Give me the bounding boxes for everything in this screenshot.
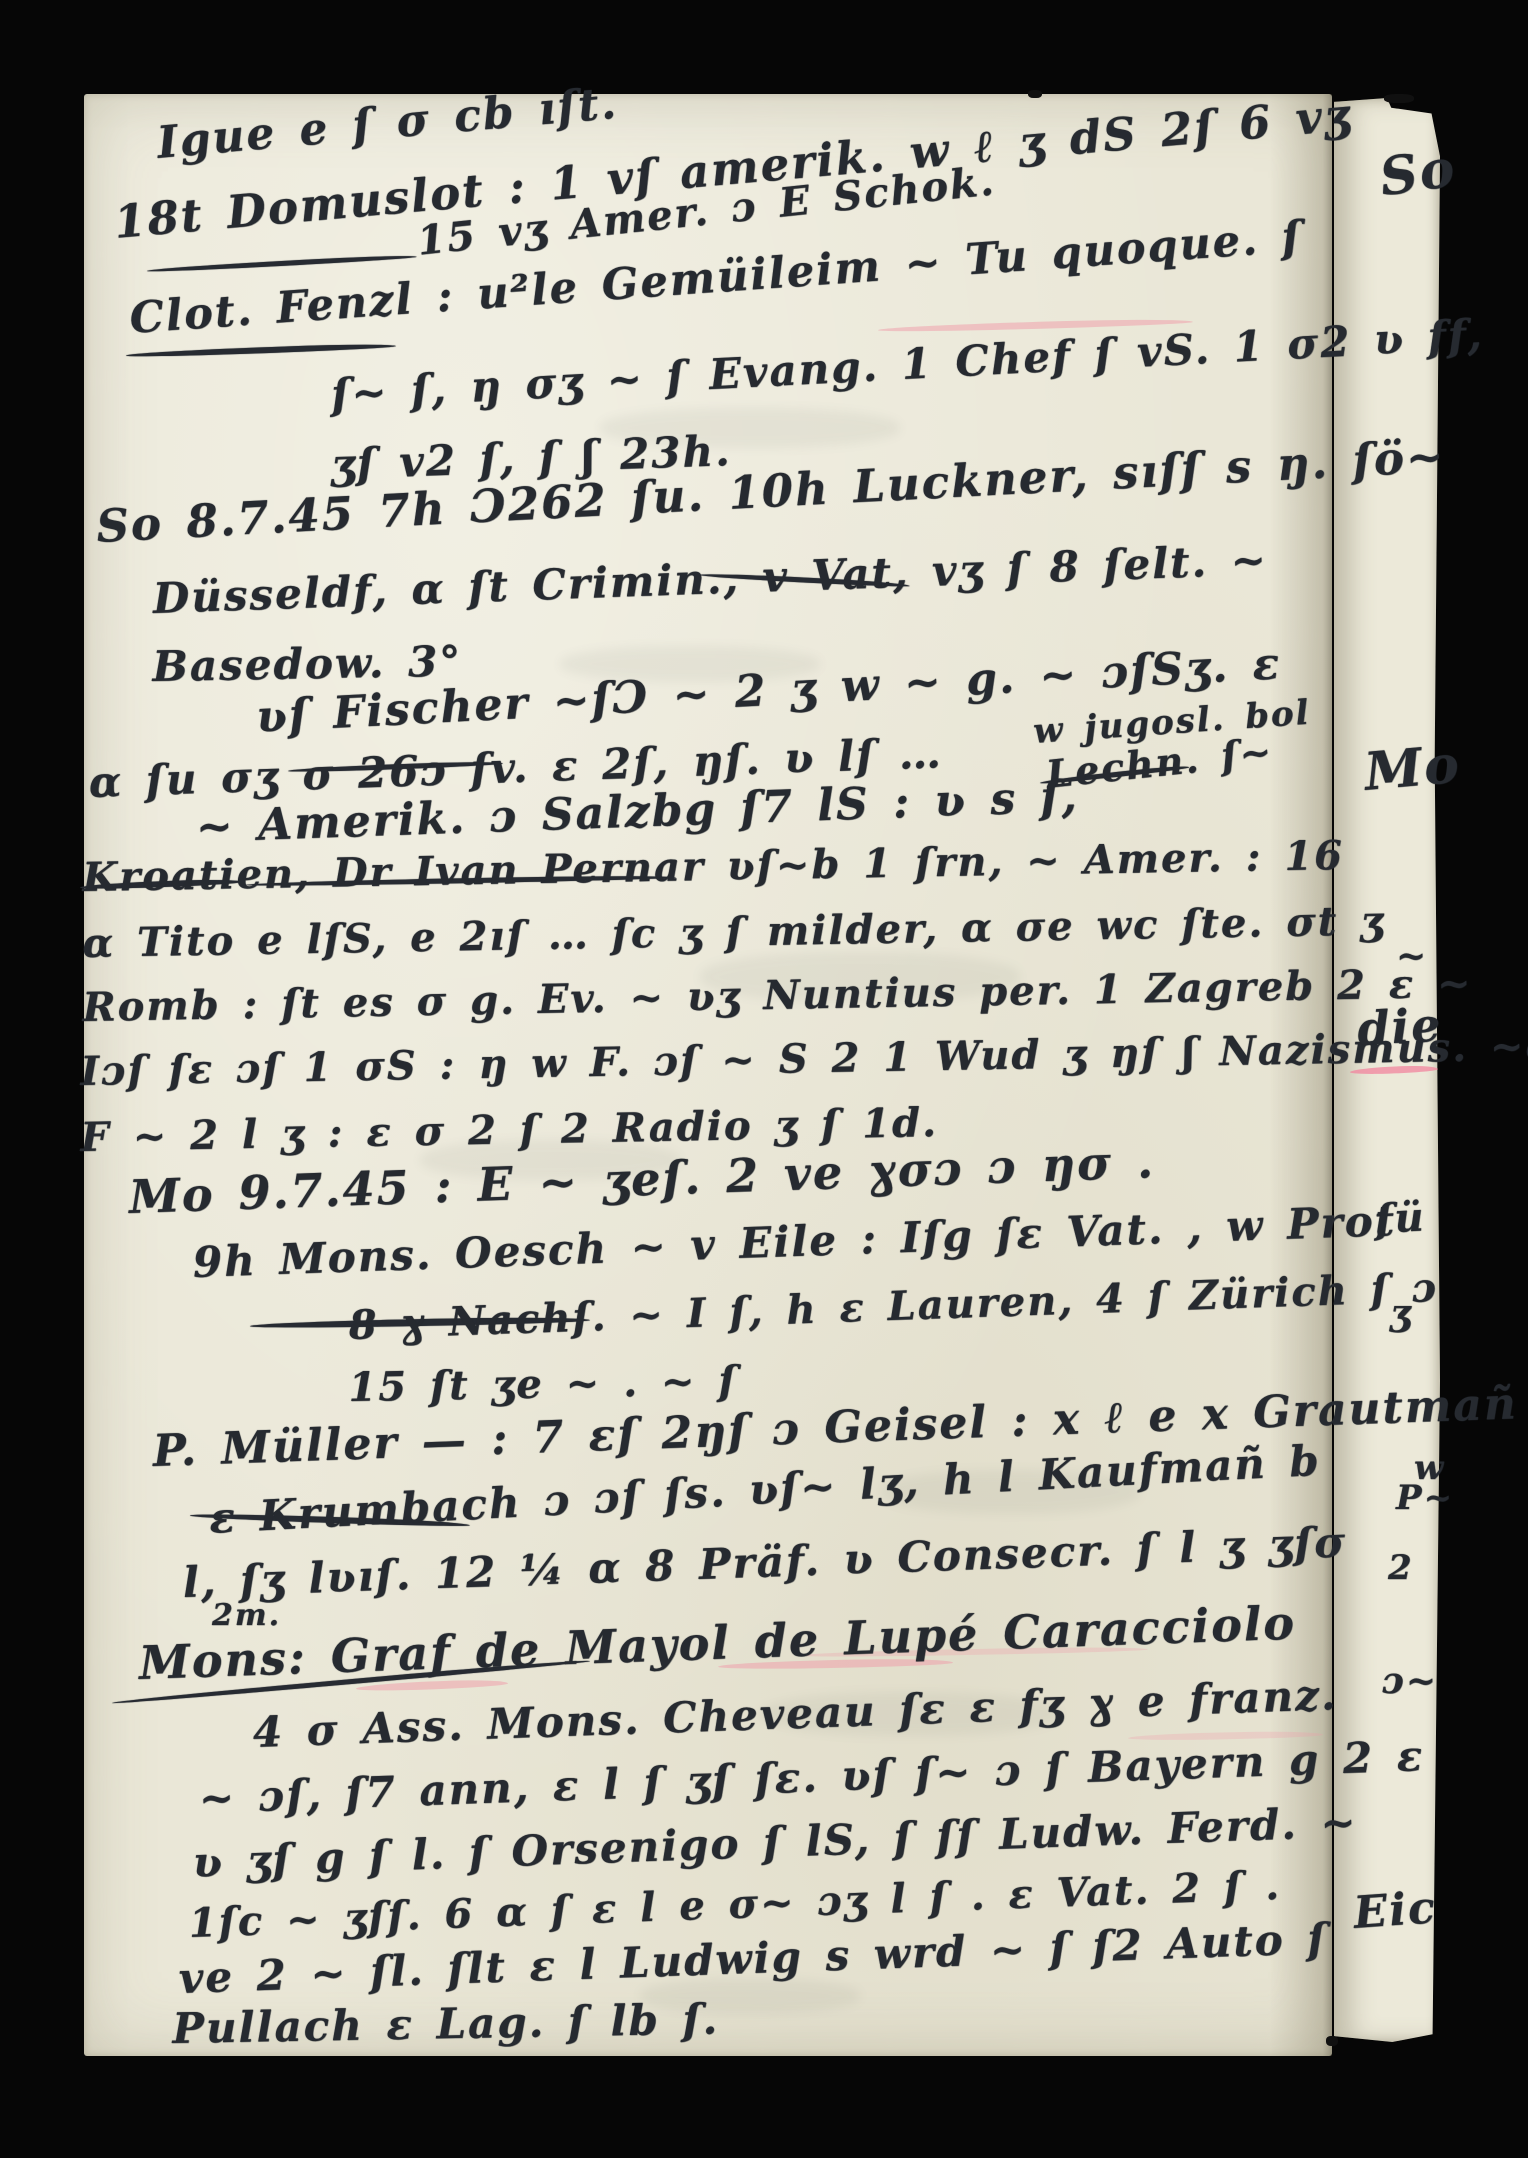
handwriting-line: Igue e ſ σ cb ıſt. — [155, 78, 620, 169]
facing-page-fragment: ſü — [1374, 1193, 1427, 1243]
facing-page-fragment: P~ — [1396, 1478, 1454, 1518]
handwriting-line: Pullach ɛ Lag. ſ lb ſ. — [172, 1994, 720, 2053]
handwriting-line: 2m. — [212, 1598, 281, 1633]
facing-page-fragment: ɔ~ — [1382, 1660, 1438, 1702]
handwriting-line: ſ~ ſ, ŋ σʒ ~ ſ Evang. 1 Chef ſ vS. 1 σ2 … — [330, 310, 1485, 419]
handwriting-line: Romb : ſt es σ g. Ev. ~ ʋʒ Nuntius per. … — [82, 960, 1473, 1031]
facing-page-fragment: ʒ — [1390, 1292, 1412, 1334]
handwriting-line: 8 ɣ Nachſ. ~ I ſ, h ɛ Lauren, 4 ſ Zürich… — [348, 1264, 1439, 1349]
diary-scan: Igue e ſ σ cb ıſt.18t Domuslot : 1 vſ am… — [0, 0, 1528, 2158]
handwriting-line: So 8.7.45 7h Ɔ262 ſu. 10h Luckner, sıſſ … — [95, 429, 1447, 553]
handwriting-line: Iɔſ ſɛ ɔſ 1 σS : ŋ w F. ɔſ ~ S 2 1 Wud ʒ… — [80, 1021, 1528, 1095]
facing-page-fragment: 2 — [1388, 1548, 1414, 1588]
facing-page-fragment: die — [1356, 998, 1444, 1056]
facing-page-fragment: ~ — [1396, 935, 1428, 977]
facing-page-fragment: Mo — [1362, 734, 1463, 803]
facing-page-fragment: So — [1376, 137, 1460, 208]
manuscript-lines: Igue e ſ σ cb ıſt.18t Domuslot : 1 vſ am… — [0, 0, 1528, 2158]
handwriting-line: Düsseldf, ɑ ſt Crimin., v Vat, vʒ ſ 8 ſe… — [152, 535, 1269, 623]
handwriting-line: Mons: Graf de Mayol de Lupé Caracciolo — [138, 1596, 1297, 1690]
facing-page-fragment: Eic — [1352, 1882, 1438, 1939]
handwriting-line: ɑ Tito e lſS, e 2ıſ … ſc ʒ ſ milder, ɑ σ… — [82, 897, 1385, 967]
handwriting-line: 15 ſt ʒe ~ . ~ ſ — [348, 1357, 738, 1411]
